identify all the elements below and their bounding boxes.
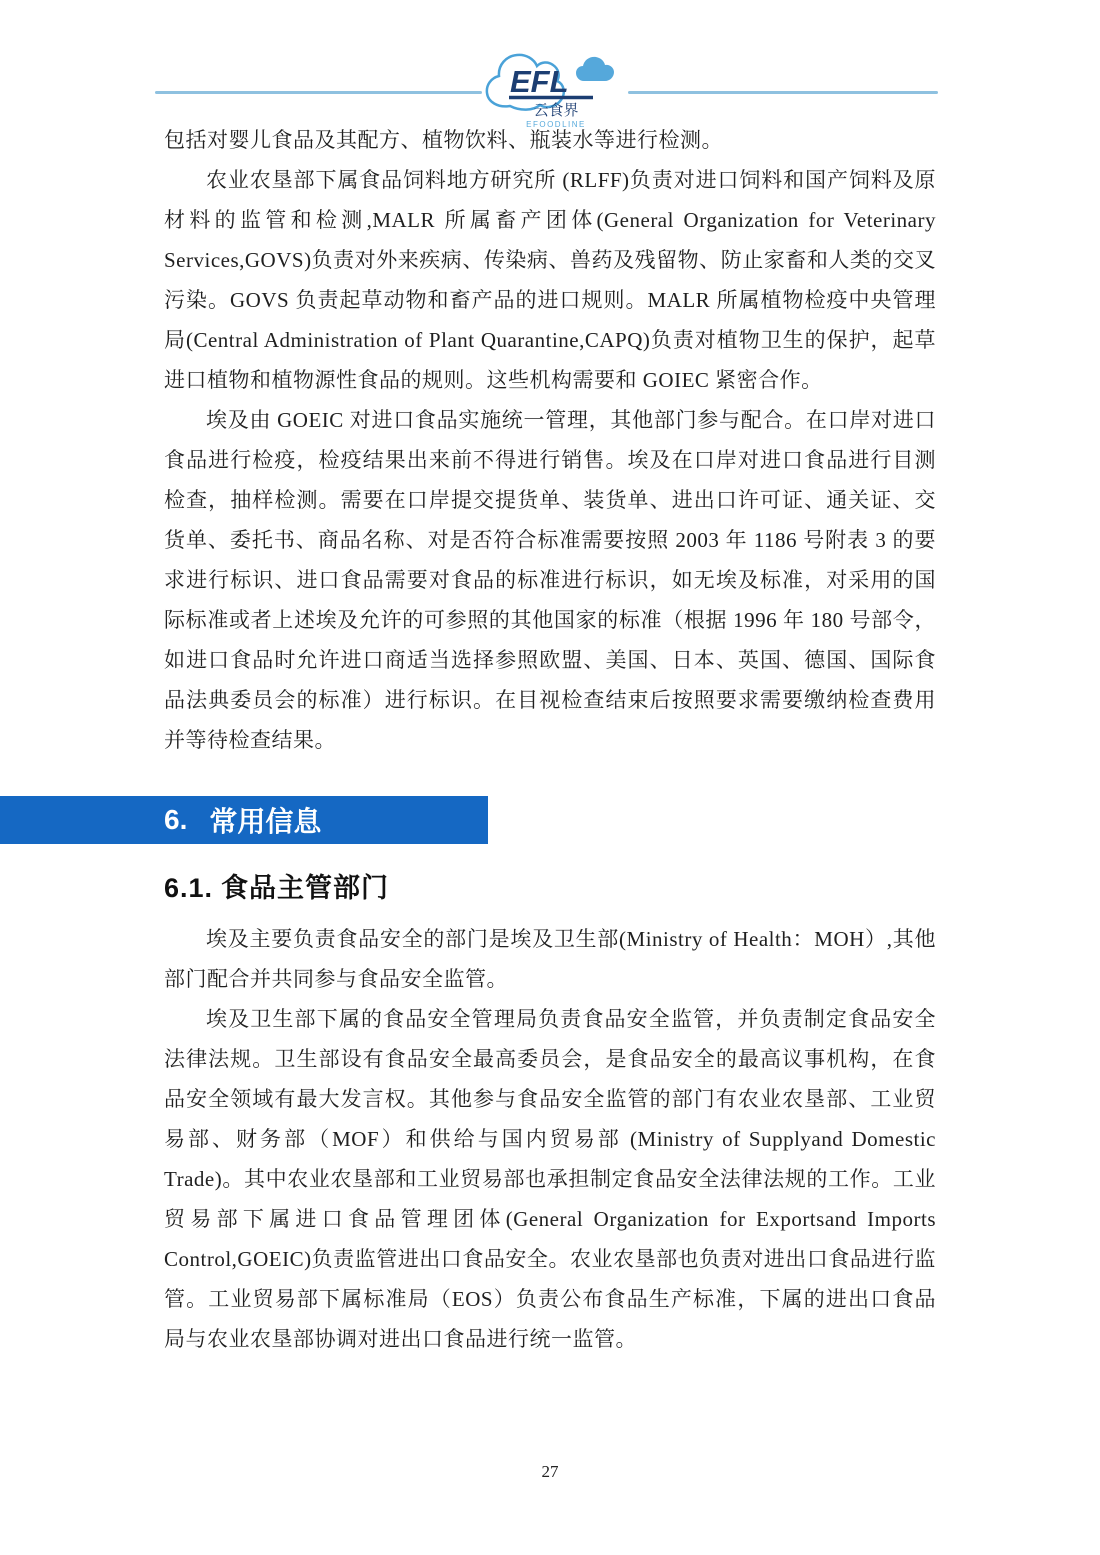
subsection-number: 6.1. [164,873,213,903]
logo-name-cn: 云食界 [533,102,578,119]
body-paragraph: 埃及主要负责食品安全的部门是埃及卫生部(Ministry of Health：M… [164,919,936,999]
cloud-filled-icon [576,57,614,81]
body-paragraph: 埃及卫生部下属的食品安全管理局负责食品安全监管，并负责制定食品安全法律法规。卫生… [164,999,936,1359]
document-body: 包括对婴儿食品及其配方、植物饮料、瓶装水等进行检测。 农业农垦部下属食品饲料地方… [164,120,936,1359]
page-number: 27 [542,1462,559,1481]
section-title: 常用信息 [209,800,321,840]
subsection-heading: 6.1.食品主管部门 [164,866,936,905]
page-footer: 27 [0,1462,1100,1482]
logo-abbr: EFL [510,64,569,99]
header-rule-right [628,91,938,94]
section-heading-banner: 6. 常用信息 [0,796,488,844]
body-paragraph: 农业农垦部下属食品饲料地方研究所 (RLFF)负责对进口饲料和国产饲料及原材料的… [164,160,936,400]
document-page: EFL 云食界 EFOODLINE 包括对婴儿食品及其配方、植物饮料、瓶装水等进… [0,0,1100,1555]
header-rule-left [155,91,482,94]
subsection-title: 食品主管部门 [221,873,389,903]
body-paragraph: 埃及由 GOEIC 对进口食品实施统一管理，其他部门参与配合。在口岸对进口食品进… [164,400,936,760]
body-paragraph: 包括对婴儿食品及其配方、植物饮料、瓶装水等进行检测。 [164,120,936,160]
section-number: 6. [164,804,187,836]
